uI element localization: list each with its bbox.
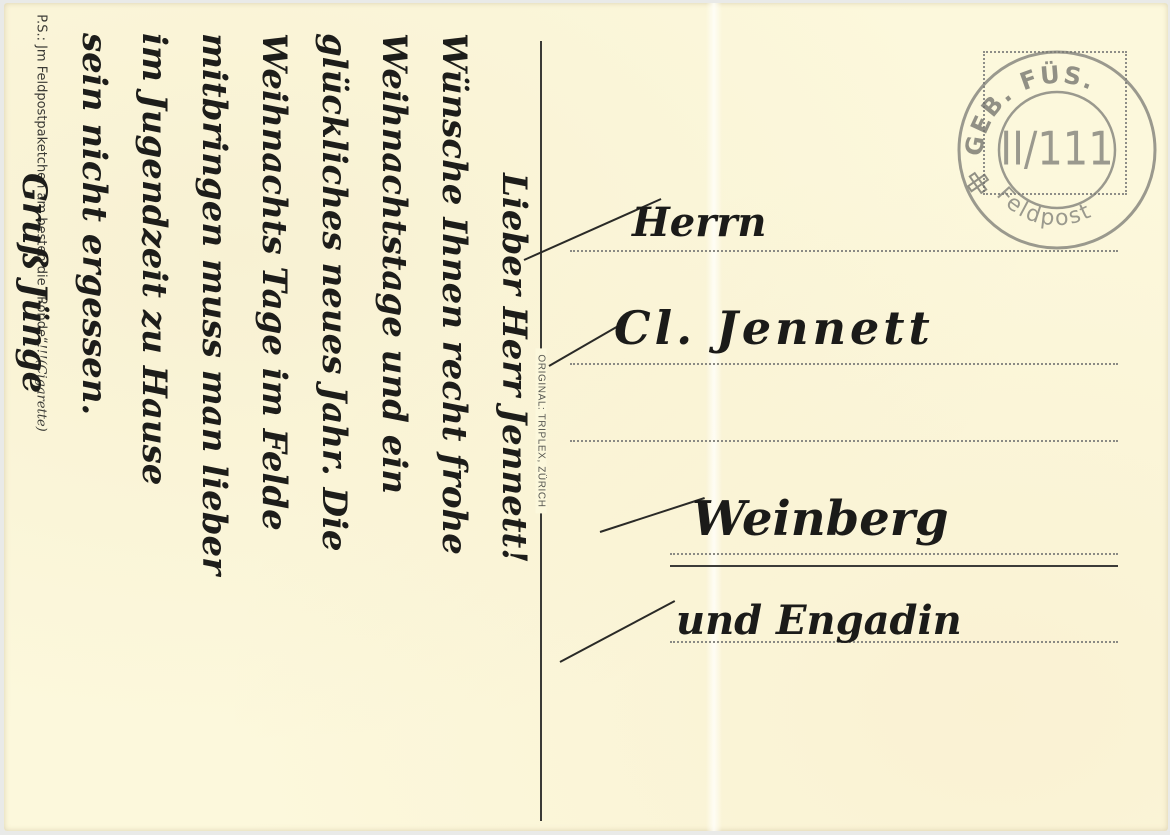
address-name: Cl. Jennett [614, 301, 934, 355]
address-line-1 [570, 250, 1118, 252]
pen-stroke [560, 600, 676, 663]
fold-crease [706, 3, 722, 831]
address-salutation: Herrn [632, 199, 766, 246]
message-line: im Jugendzeit zu Hause [124, 33, 184, 831]
postmark-stamp: GEB. FÜS. Feldpost II/111 [952, 45, 1162, 255]
postcard-back: P.S.: Jm Feldpostpaketchen am besten die… [4, 3, 1168, 831]
message-line: mitbringen muss man lieber [184, 33, 244, 831]
postmark-center: II/111 [1000, 123, 1113, 176]
address-line-4 [670, 553, 1118, 555]
message-signature: Gruß Jünge [4, 33, 64, 831]
address-line-3 [570, 440, 1118, 442]
pen-stroke [549, 325, 619, 367]
address-town: Weinberg [692, 491, 949, 547]
pen-stroke [600, 497, 705, 533]
message-line: Weihnachts Tage im Felde [244, 33, 304, 831]
message-line: Weihnachtstage und ein [364, 33, 424, 831]
message-line: Wünsche Ihnen recht frohe [424, 33, 484, 831]
address-line-2 [570, 363, 1118, 365]
handwritten-message: Lieber Herr Jennett! Wünsche Ihnen recht… [4, 33, 544, 831]
postmark-ring-bottom: Feldpost [991, 182, 1096, 231]
address-underline [670, 565, 1118, 567]
message-line: glückliches neues Jahr. Die [304, 33, 364, 831]
address-region: und Engadin [676, 597, 962, 644]
publisher-imprint: ORIGINAL: TRIPLEX, ZÜRICH [536, 348, 547, 513]
message-line: sein nicht ergessen. [64, 33, 124, 831]
svg-text:Feldpost: Feldpost [991, 182, 1096, 231]
